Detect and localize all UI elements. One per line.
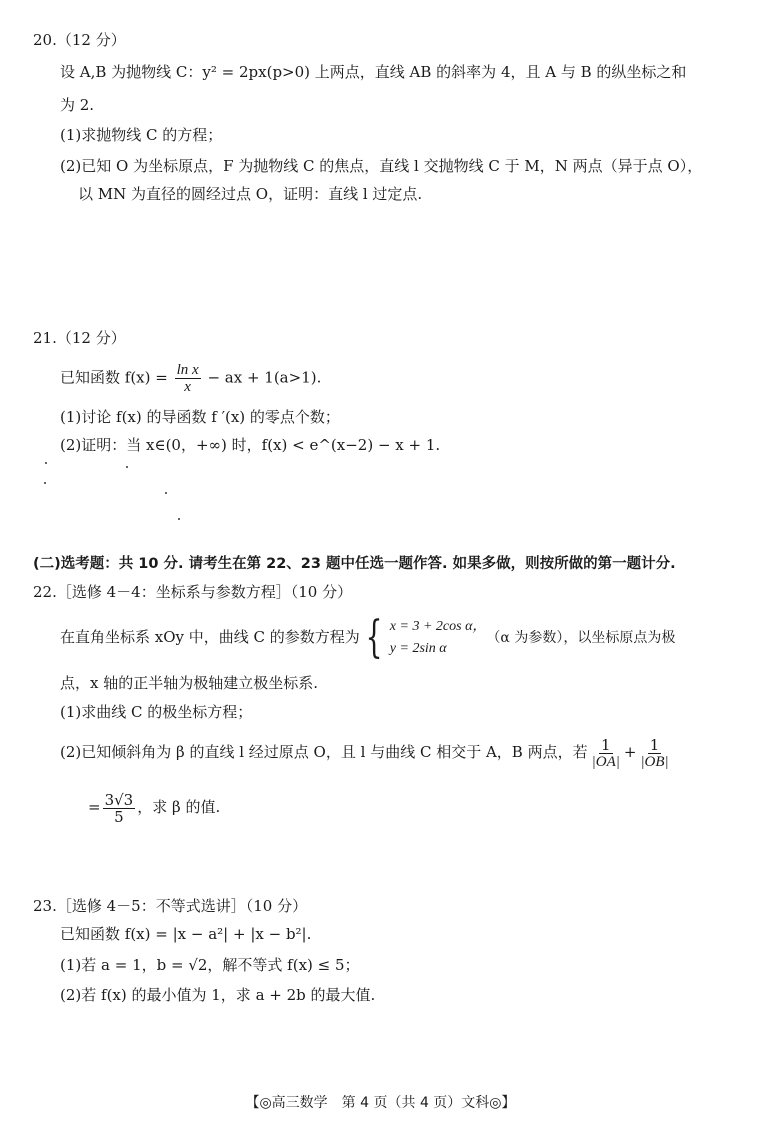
q20-header: 20.（12 分） — [33, 30, 126, 50]
q20-part2-line2: 以 MN 为直径的圆经过点 O，证明：直线 l 过定点. — [78, 184, 422, 204]
equals-sign: = — [88, 798, 101, 816]
q21-header: 21.（12 分） — [33, 328, 126, 348]
q22-part2-line2: =3√35，求 β 的值. — [88, 787, 220, 827]
q21-frac-den: x — [182, 379, 193, 395]
q22-frac-result-den: 5 — [112, 809, 126, 825]
q21-stem-suffix: − ax + 1(a>1). — [203, 369, 322, 387]
q22-header: 22.［选修 4－4：坐标系与参数方程］（10 分） — [33, 582, 352, 602]
q22-part2-suffix: ，求 β 的值. — [137, 798, 220, 816]
q21-frac-num: ln x — [175, 362, 201, 379]
page-footer: 【◎高三数学 第 4 页（共 4 页）文科◎】 — [0, 1092, 761, 1112]
scan-speck — [45, 462, 47, 464]
q20-stem-line2: 为 2. — [60, 95, 94, 115]
q22-frac-ob-num: 1 — [648, 737, 662, 754]
q20-stem-line1: 设 A,B 为抛物线 C：y² = 2px(p>0) 上两点，直线 AB 的斜率… — [60, 62, 686, 82]
scan-speck — [178, 518, 180, 520]
q23-part1: (1)若 a = 1，b = √2，解不等式 f(x) ≤ 5； — [60, 955, 360, 975]
q22-eq-y: y = 2sin α — [390, 638, 487, 660]
q23-stem: 已知函数 f(x) = |x − a²| + |x − b²|. — [60, 924, 311, 944]
section2-title: (二)选考题：共 10 分. 请考生在第 22、23 题中任选一题作答. 如果多… — [33, 554, 676, 574]
q20-part2-line1: (2)已知 O 为坐标原点，F 为抛物线 C 的焦点，直线 l 交抛物线 C 于… — [60, 156, 702, 176]
scan-speck — [44, 482, 46, 484]
q21-part2: (2)证明：当 x∈(0，+∞) 时，f(x) < e^(x−2) − x + … — [60, 435, 440, 455]
q22-frac-result: 3√35 — [103, 792, 136, 825]
scan-speck — [126, 466, 128, 468]
q22-frac-oa-den: |OA| — [590, 754, 622, 770]
q22-stem-line2: 点，x 轴的正半轴为极轴建立极坐标系. — [60, 673, 318, 693]
q22-frac-ob-den: |OB| — [638, 754, 670, 770]
q21-stem-prefix: 已知函数 f(x) = — [60, 369, 173, 387]
q22-eq-x: x = 3 + 2cos α， — [390, 616, 487, 638]
q22-frac-result-num: 3√3 — [103, 792, 136, 809]
left-brace-icon: { — [365, 616, 382, 660]
q22-part1: (1)求曲线 C 的极坐标方程； — [60, 702, 252, 722]
scan-speck — [165, 492, 167, 494]
q21-part1: (1)讨论 f(x) 的导函数 f ′(x) 的零点个数； — [60, 407, 340, 427]
q21-stem: 已知函数 f(x) = ln xx − ax + 1(a>1). — [60, 362, 321, 395]
q22-frac-ob: 1|OB| — [638, 737, 670, 770]
q23-header: 23.［选修 4－5：不等式选讲］（10 分） — [33, 896, 307, 916]
q22-parametric-system: {x = 3 + 2cos α，y = 2sin α — [360, 616, 487, 660]
q22-part2-prefix: (2)已知倾斜角为 β 的直线 l 经过原点 O，且 l 与曲线 C 相交于 A… — [60, 743, 588, 761]
plus-sign: + — [624, 743, 637, 761]
q22-frac-oa: 1|OA| — [590, 737, 622, 770]
q23-part2: (2)若 f(x) 的最小值为 1，求 a + 2b 的最大值. — [60, 985, 375, 1005]
q21-fraction: ln xx — [175, 362, 201, 395]
q20-part1: (1)求抛物线 C 的方程； — [60, 125, 222, 145]
q22-part2: (2)已知倾斜角为 β 的直线 l 经过原点 O，且 l 与曲线 C 相交于 A… — [60, 732, 673, 772]
q22-stem-suffix: （α 为参数），以坐标原点为极 — [486, 630, 675, 646]
q22-frac-oa-num: 1 — [599, 737, 613, 754]
q22-stem: 在直角坐标系 xOy 中，曲线 C 的参数方程为{x = 3 + 2cos α，… — [60, 614, 675, 661]
q22-stem-prefix: 在直角坐标系 xOy 中，曲线 C 的参数方程为 — [60, 628, 360, 646]
